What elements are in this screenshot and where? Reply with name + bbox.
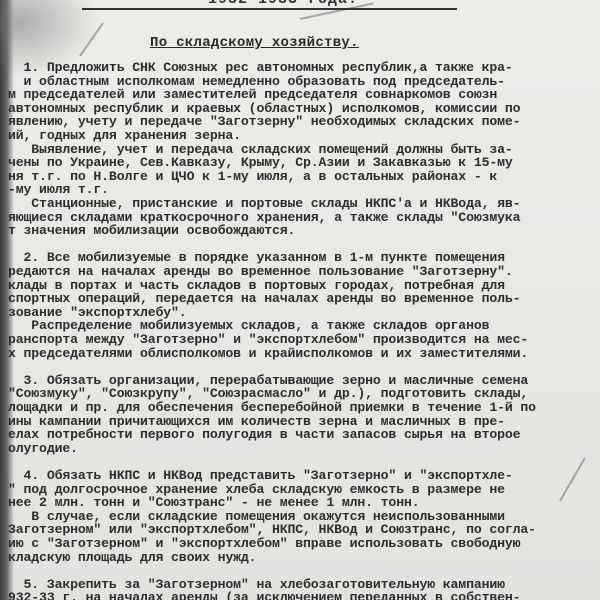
header-underline bbox=[82, 8, 457, 10]
scanned-document-page: 1932-1933 года. По складскому хозяйству.… bbox=[0, 0, 600, 600]
text-line: 932-33 г. на началах аренды (за исключен… bbox=[8, 590, 600, 600]
text-line: х председателями облисполкомов и крайисп… bbox=[8, 346, 600, 361]
text-line: олугодие. bbox=[8, 441, 600, 456]
section-title: По складскому хозяйству. bbox=[150, 35, 359, 51]
text-line: кладскую площадь для своих нужд. bbox=[8, 550, 600, 565]
text-line: т значения мобилизации освобождаются. bbox=[8, 223, 600, 238]
header-year: 1932-1933 года. bbox=[208, 0, 358, 8]
